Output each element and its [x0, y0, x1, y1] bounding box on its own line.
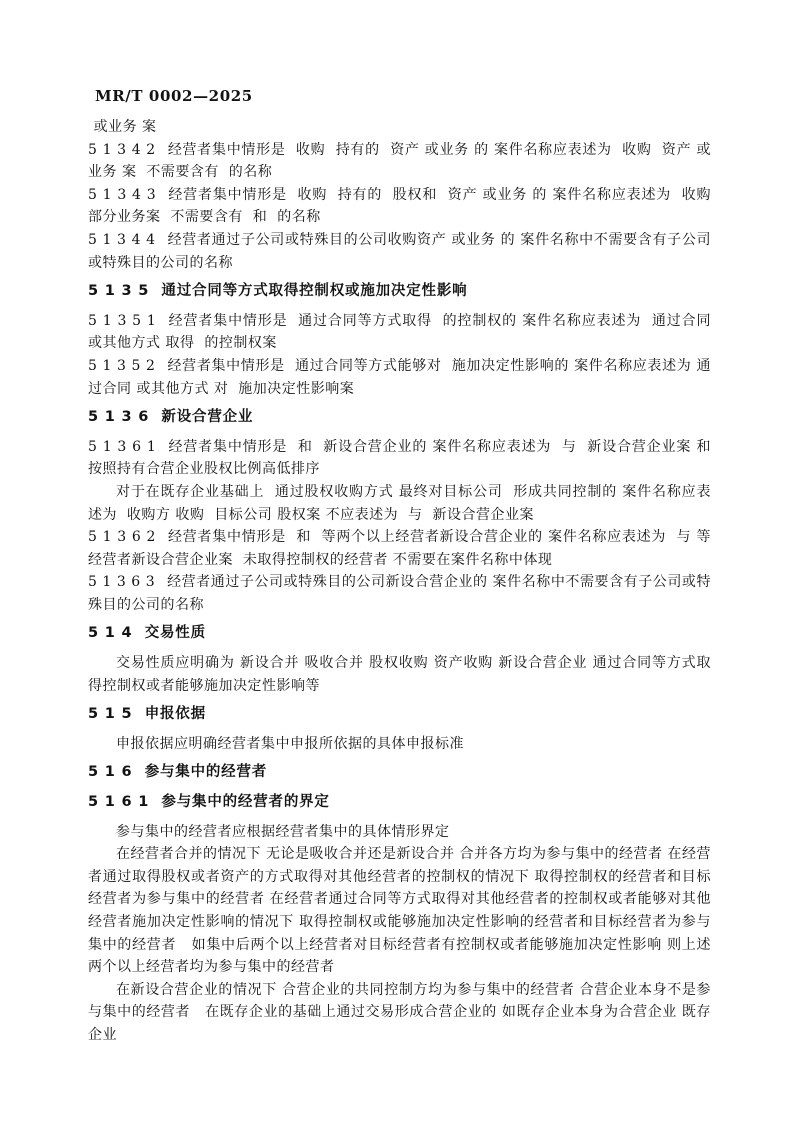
body-paragraph: 申报依据应明确经营者集中申报所依据的具体申报标准 [88, 733, 711, 756]
section-heading: 5 1 3 6新设合营企业 [88, 406, 711, 429]
paragraph-text: 在新设合营企业的情况下 合营企业的共同控制方均为参与集中的经营者 合营企业本身不… [88, 982, 711, 1043]
document-page: MR/T 0002—2025 或业务 案5 1 3 4 2经营者集中情形是 收购… [0, 0, 793, 1122]
clause-number: 5 1 3 6 3 [88, 574, 155, 590]
section-number: 5 1 4 [88, 625, 132, 641]
section-heading: 5 1 4交易性质 [88, 622, 711, 645]
section-number: 5 1 6 1 [88, 794, 149, 810]
section-number: 5 1 3 5 [88, 283, 149, 299]
heading-text: 参与集中的经营者 [145, 764, 267, 780]
paragraph-text: 经营者通过子公司或特殊目的公司新设合营企业的 案件名称中不需要含有子公司或特殊目… [88, 574, 711, 613]
paragraph-text: 对于在既存企业基础上 通过股权收购方式 最终对目标公司 形成共同控制的 案件名称… [88, 484, 711, 523]
heading-text: 交易性质 [145, 625, 206, 641]
body-paragraph: 对于在既存企业基础上 通过股权收购方式 最终对目标公司 形成共同控制的 案件名称… [88, 481, 711, 526]
clause-paragraph: 5 1 3 5 2经营者集中情形是 通过合同等方式能够对 施加决定性影响的 案件… [88, 355, 711, 400]
clause-paragraph: 5 1 3 5 1经营者集中情形是 通过合同等方式取得 的控制权的 案件名称应表… [88, 310, 711, 355]
paragraph-text: 在经营者合并的情况下 无论是吸收合并还是新设合并 合并各方均为参与集中的经营者 … [88, 846, 711, 975]
clause-number: 5 1 3 6 1 [88, 439, 156, 455]
clause-paragraph: 5 1 3 6 2经营者集中情形是 和 等两个以上经营者新设合营企业的 案件名称… [88, 526, 711, 571]
clause-number: 5 1 3 4 2 [88, 142, 156, 158]
standard-code-header: MR/T 0002—2025 [95, 87, 253, 105]
clause-paragraph: 5 1 3 4 2经营者集中情形是 收购 持有的 资产 或业务 的 案件名称应表… [88, 139, 711, 184]
heading-text: 参与集中的经营者的界定 [161, 794, 329, 810]
body-paragraph: 交易性质应明确为 新设合并 吸收合并 股权收购 资产收购 新设合营企业 通过合同… [88, 652, 711, 697]
paragraph-text: 经营者集中情形是 收购 持有的 股权和 资产 或业务 的 案件名称应表述为 收购… [88, 187, 721, 226]
body-paragraph: 在经营者合并的情况下 无论是吸收合并还是新设合并 合并各方均为参与集中的经营者 … [88, 843, 711, 979]
continuation-fragment: 或业务 案 [88, 116, 711, 139]
paragraph-text: 交易性质应明确为 新设合并 吸收合并 股权收购 资产收购 新设合营企业 通过合同… [88, 655, 711, 694]
paragraph-text: 经营者通过子公司或特殊目的公司收购资产 或业务 的 案件名称中不需要含有子公司或… [88, 232, 711, 271]
clause-paragraph: 5 1 3 6 3经营者通过子公司或特殊目的公司新设合营企业的 案件名称中不需要… [88, 571, 711, 616]
heading-text: 申报依据 [145, 706, 206, 722]
clause-number: 5 1 3 4 4 [88, 232, 156, 248]
section-heading: 5 1 5申报依据 [88, 703, 711, 726]
clause-paragraph: 5 1 3 4 3经营者集中情形是 收购 持有的 股权和 资产 或业务 的 案件… [88, 184, 711, 229]
clause-number: 5 1 3 5 1 [88, 313, 156, 329]
paragraph-text: 申报依据应明确经营者集中申报所依据的具体申报标准 [116, 736, 464, 752]
clause-paragraph: 5 1 3 4 4经营者通过子公司或特殊目的公司收购资产 或业务 的 案件名称中… [88, 229, 711, 274]
paragraph-text: 经营者集中情形是 通过合同等方式能够对 施加决定性影响的 案件名称应表述为 通过… [88, 358, 711, 397]
heading-text: 通过合同等方式取得控制权或施加决定性影响 [161, 283, 467, 299]
body-paragraph: 在新设合营企业的情况下 合营企业的共同控制方均为参与集中的经营者 合营企业本身不… [88, 979, 711, 1047]
clause-number: 5 1 3 4 3 [88, 187, 156, 203]
paragraph-text: 经营者集中情形是 和 新设合营企业的 案件名称应表述为 与 新设合营企业案 和 … [88, 439, 721, 478]
section-number: 5 1 3 6 [88, 409, 149, 425]
section-heading: 5 1 6 1参与集中的经营者的界定 [88, 791, 711, 814]
clause-number: 5 1 3 5 2 [88, 358, 155, 374]
section-heading: 5 1 6参与集中的经营者 [88, 761, 711, 784]
document-body: 或业务 案5 1 3 4 2经营者集中情形是 收购 持有的 资产 或业务 的 案… [88, 116, 711, 1047]
heading-text: 新设合营企业 [161, 409, 253, 425]
section-heading: 5 1 3 5通过合同等方式取得控制权或施加决定性影响 [88, 280, 711, 303]
section-number: 5 1 5 [88, 706, 132, 722]
clause-paragraph: 5 1 3 6 1经营者集中情形是 和 新设合营企业的 案件名称应表述为 与 新… [88, 436, 711, 481]
paragraph-text: 或业务 案 [94, 119, 157, 135]
paragraph-text: 参与集中的经营者应根据经营者集中的具体情形界定 [116, 824, 450, 840]
paragraph-text: 经营者集中情形是 和 等两个以上经营者新设合营企业的 案件名称应表述为 与 等经… [88, 529, 711, 568]
paragraph-text: 经营者集中情形是 通过合同等方式取得 的控制权的 案件名称应表述为 通过合同 或… [88, 313, 716, 352]
section-number: 5 1 6 [88, 764, 132, 780]
clause-number: 5 1 3 6 2 [88, 529, 156, 545]
body-paragraph: 参与集中的经营者应根据经营者集中的具体情形界定 [88, 821, 711, 844]
paragraph-text: 经营者集中情形是 收购 持有的 资产 或业务 的 案件名称应表述为 收购 资产 … [88, 142, 711, 181]
